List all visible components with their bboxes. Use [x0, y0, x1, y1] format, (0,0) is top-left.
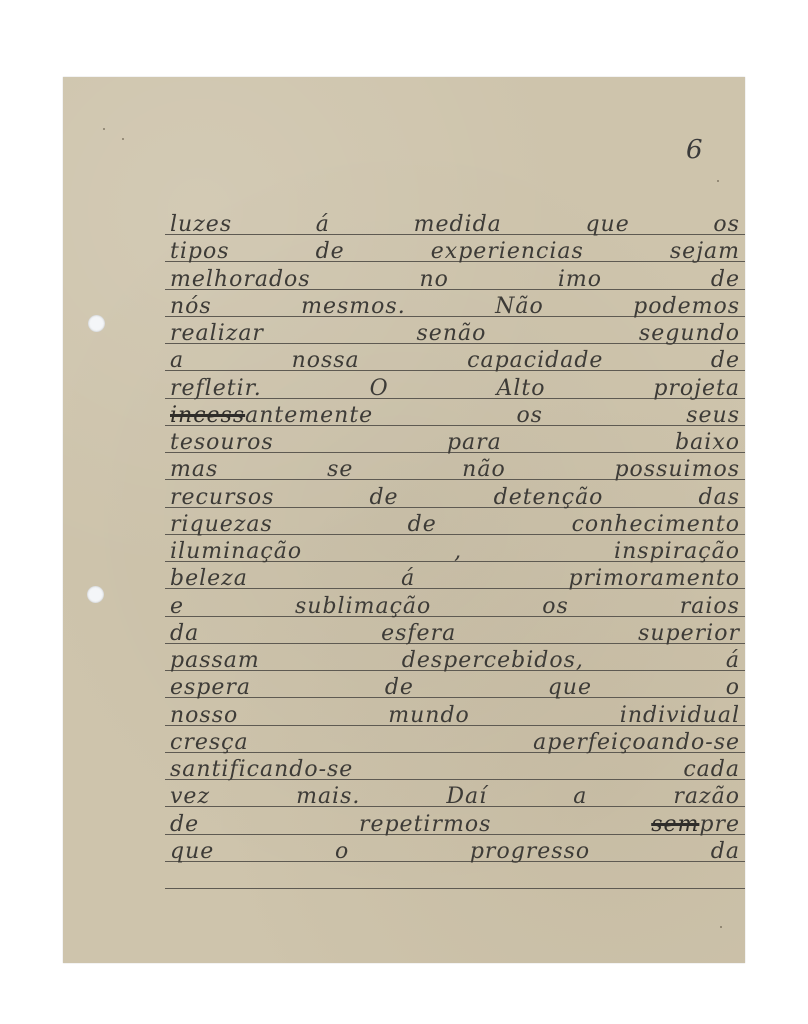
word: os: [542, 594, 569, 620]
word: imo: [558, 267, 602, 293]
punch-hole-bottom: [87, 586, 104, 603]
page-number: 6: [686, 135, 703, 165]
word: santificando-se: [170, 757, 353, 783]
text-line: melhoradosnoimode: [170, 267, 740, 293]
text-line: santificando-secada: [170, 757, 740, 783]
word: segundo: [639, 321, 740, 347]
word: sejam: [670, 239, 740, 265]
word: Não: [495, 294, 544, 320]
word: melhorados: [170, 267, 311, 293]
word: de: [385, 675, 414, 701]
text-line: tesourosparabaixo: [170, 430, 740, 456]
ruled-line: [165, 888, 745, 889]
word: de: [711, 267, 740, 293]
word: á: [316, 212, 330, 238]
word: á: [401, 566, 415, 592]
word: beleza: [170, 566, 248, 592]
word: de: [170, 812, 199, 838]
word: inspiração: [614, 539, 740, 565]
word: recursos: [170, 485, 274, 511]
word: primoramento: [568, 566, 740, 592]
word: baixo: [675, 430, 740, 456]
text-line: derepetirmossempre: [170, 812, 740, 838]
word: não: [462, 457, 506, 483]
word: os: [516, 403, 543, 429]
word: realizar: [170, 321, 264, 347]
word: nosso: [170, 703, 238, 729]
word: o: [726, 675, 740, 701]
word: razão: [673, 784, 740, 810]
word: riquezas: [170, 512, 273, 538]
text-line: tiposdeexperienciassejam: [170, 239, 740, 265]
paper-speck: [717, 180, 719, 182]
word: superior: [638, 621, 740, 647]
word: de: [369, 485, 398, 511]
text-line: daesferasuperior: [170, 621, 740, 647]
word: para: [447, 430, 502, 456]
word: que: [548, 675, 592, 701]
struck-text: incess: [170, 403, 245, 428]
word: no: [420, 267, 449, 293]
word: espera: [170, 675, 251, 701]
word: tesouros: [170, 430, 274, 456]
word: mundo: [388, 703, 470, 729]
text-line: cresçaaperfeiçoando-se: [170, 730, 740, 756]
word: sempre: [651, 812, 740, 838]
text-line: vezmais.Daíarazão: [170, 784, 740, 810]
word: medida: [414, 212, 502, 238]
text-line: incessantementeosseus: [170, 403, 740, 429]
word: da: [170, 621, 199, 647]
paper-speck: [103, 128, 105, 130]
word: Daí: [446, 784, 487, 810]
word: mas: [170, 457, 218, 483]
word: á: [726, 648, 740, 674]
paper-speck: [122, 138, 124, 140]
word: tipos: [170, 239, 230, 265]
word: esfera: [381, 621, 456, 647]
word: refletir.: [170, 376, 262, 402]
word: a: [170, 348, 184, 374]
word: capacidade: [467, 348, 603, 374]
word: se: [327, 457, 353, 483]
punch-hole-top: [88, 315, 105, 332]
word: das: [699, 485, 741, 511]
word: e: [170, 594, 184, 620]
word: projeta: [653, 376, 740, 402]
text-line: recursosdedetençãodas: [170, 485, 740, 511]
word: iluminação: [170, 539, 302, 565]
word: incessantemente: [170, 403, 373, 429]
word: progresso: [470, 839, 590, 865]
text-line: passamdespercebidos,á: [170, 648, 740, 674]
word: Alto: [496, 376, 545, 402]
word: O: [370, 376, 389, 402]
text-line: luzesámedidaqueos: [170, 212, 740, 238]
text-line: iluminação,inspiração: [170, 539, 740, 565]
text-line: riquezasdeconhecimento: [170, 512, 740, 538]
word: conhecimento: [572, 512, 740, 538]
word: o: [335, 839, 349, 865]
word: a: [573, 784, 587, 810]
word: sublimação: [295, 594, 431, 620]
word: seus: [686, 403, 740, 429]
text-line: anossacapacidadede: [170, 348, 740, 374]
word: mais.: [296, 784, 360, 810]
text-line: nossomundoindividual: [170, 703, 740, 729]
word: raios: [680, 594, 740, 620]
word: repetirmos: [359, 812, 491, 838]
word: despercebidos,: [402, 648, 584, 674]
word: possuimos: [614, 457, 740, 483]
text-line: nósmesmos.Nãopodemos: [170, 294, 740, 320]
word: experiencias: [431, 239, 584, 265]
word: vez: [170, 784, 210, 810]
text-line: belezaáprimoramento: [170, 566, 740, 592]
text-line: massenãopossuimos: [170, 457, 740, 483]
text-line: queoprogressoda: [170, 839, 740, 865]
text-line: refletir.OAltoprojeta: [170, 376, 740, 402]
text-line: esublimaçãoosraios: [170, 594, 740, 620]
word: mesmos.: [301, 294, 406, 320]
word: cresça: [170, 730, 249, 756]
text-line: esperadequeo: [170, 675, 740, 701]
struck-text: sem: [651, 812, 699, 837]
word: detenção: [494, 485, 604, 511]
word: de: [711, 348, 740, 374]
word: aperfeiçoando-se: [533, 730, 740, 756]
word: que: [585, 212, 629, 238]
word: passam: [170, 648, 260, 674]
paper-speck: [720, 926, 722, 928]
word: nós: [170, 294, 212, 320]
word: cada: [683, 757, 740, 783]
word: senão: [417, 321, 487, 347]
word: ,: [454, 539, 462, 565]
word: da: [711, 839, 740, 865]
word: luzes: [170, 212, 232, 238]
text-line: realizarsenãosegundo: [170, 321, 740, 347]
word: que: [170, 839, 214, 865]
word: de: [316, 239, 345, 265]
word: individual: [620, 703, 740, 729]
word: os: [713, 212, 740, 238]
word: de: [408, 512, 437, 538]
word: nossa: [292, 348, 360, 374]
word: podemos: [633, 294, 740, 320]
